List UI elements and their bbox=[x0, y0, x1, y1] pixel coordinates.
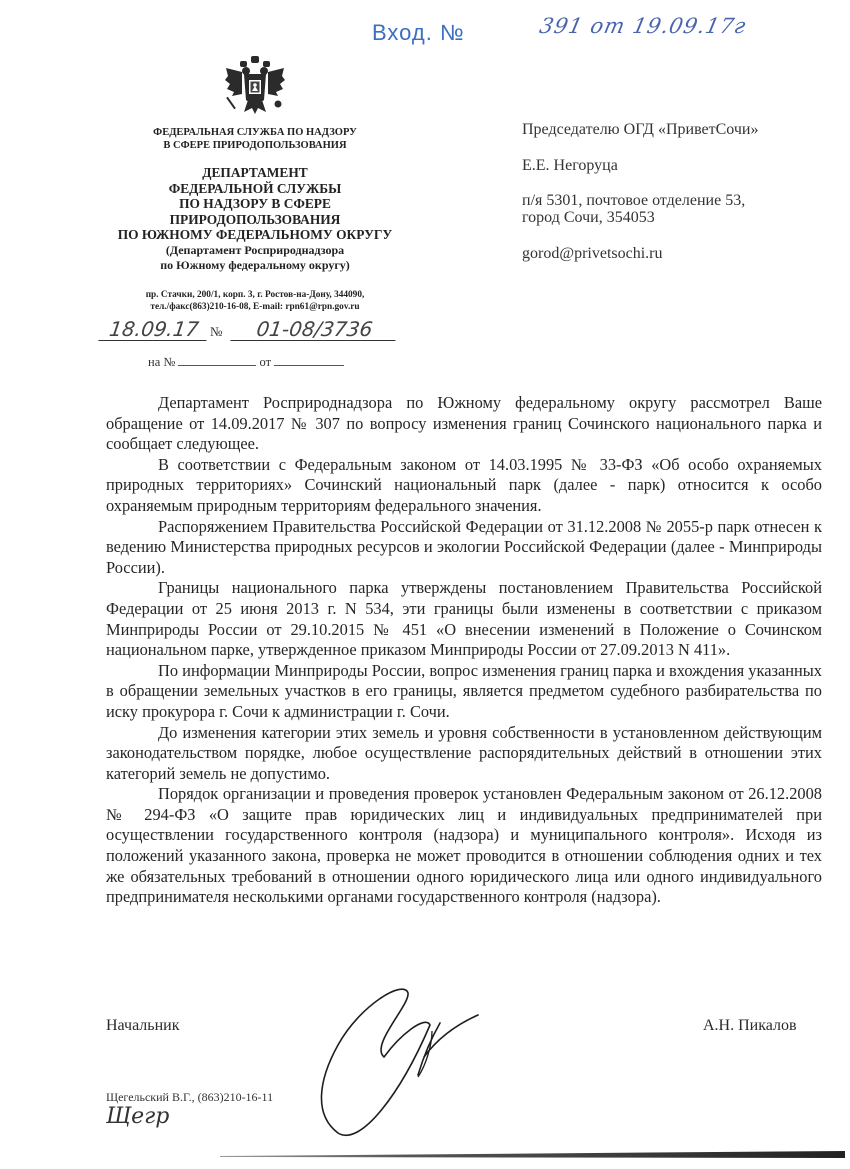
reference-line: на № от bbox=[148, 353, 344, 370]
recipient-address-1: п/я 5301, почтовое отделение 53, bbox=[522, 192, 745, 210]
recipient-name: Е.Е. Негоруца bbox=[522, 157, 618, 175]
ref-date-blank bbox=[274, 353, 344, 366]
dept-line: ДЕПАРТАМЕНТ bbox=[90, 165, 420, 181]
dept-line: ФЕДЕРАЛЬНОЙ СЛУЖБЫ bbox=[90, 181, 420, 197]
dept-line: ПО ЮЖНОМУ ФЕДЕРАЛЬНОМУ ОКРУГУ bbox=[90, 227, 420, 243]
dept-line: ПО НАДЗОРУ В СФЕРЕ bbox=[90, 196, 420, 212]
executor-contact: Щегельский В.Г., (863)210-16-11 bbox=[106, 1090, 273, 1105]
letterhead-department: ДЕПАРТАМЕНТ ФЕДЕРАЛЬНОЙ СЛУЖБЫ ПО НАДЗОР… bbox=[90, 165, 420, 274]
ref-mid: от bbox=[260, 355, 272, 369]
body-paragraph: Порядок организации и проведения проверо… bbox=[106, 784, 822, 908]
registration-no-label: № bbox=[210, 324, 222, 340]
ref-prefix: на № bbox=[148, 355, 175, 369]
registration-date: 18.09.17 bbox=[98, 318, 209, 341]
handwritten-signature-icon bbox=[300, 985, 480, 1145]
signatory-name: А.Н. Пикалов bbox=[703, 1017, 797, 1035]
body-paragraph: В соответствии с Федеральным законом от … bbox=[106, 455, 822, 517]
letterhead-service: ФЕДЕРАЛЬНАЯ СЛУЖБА ПО НАДЗОРУ В СФЕРЕ ПР… bbox=[90, 126, 420, 152]
dept-short-name-2: по Южному федеральному округу) bbox=[90, 258, 420, 274]
body-paragraph: Границы национального парка утверждены п… bbox=[106, 578, 822, 660]
body-paragraph: До изменения категории этих земель и уро… bbox=[106, 723, 822, 785]
recipient-position: Председателю ОГД «ПриветСочи» bbox=[522, 121, 758, 139]
incoming-stamp-handwritten: 391 от 19.09.17г bbox=[537, 14, 748, 38]
outgoing-registration: 18.09.17 № 01-08/3736 bbox=[100, 318, 400, 342]
ref-number-blank bbox=[178, 353, 256, 366]
registration-number: 01-08/3736 bbox=[230, 318, 398, 341]
scan-edge-bar bbox=[220, 1145, 845, 1152]
incoming-stamp-label: Вход. № bbox=[372, 20, 465, 46]
executor-initials: Щегр bbox=[106, 1104, 169, 1129]
recipient-email: gorod@privetsochi.ru bbox=[522, 245, 662, 263]
coat-of-arms-icon bbox=[222, 54, 288, 120]
dept-line: ПРИРОДОПОЛЬЗОВАНИЯ bbox=[90, 212, 420, 228]
service-line-2: В СФЕРЕ ПРИРОДОПОЛЬЗОВАНИЯ bbox=[90, 139, 420, 152]
address-line-2: тел./факс(863)210-16-08, E-mail: rpn61@r… bbox=[90, 301, 420, 313]
letterhead-address: пр. Стачки, 200/1, корп. 3, г. Ростов-на… bbox=[90, 289, 420, 313]
recipient-address-2: город Сочи, 354053 bbox=[522, 209, 655, 227]
signatory-title: Начальник bbox=[106, 1017, 179, 1035]
address-line-1: пр. Стачки, 200/1, корп. 3, г. Ростов-на… bbox=[90, 289, 420, 301]
service-line-1: ФЕДЕРАЛЬНАЯ СЛУЖБА ПО НАДЗОРУ bbox=[90, 126, 420, 139]
body-paragraph: По информации Минприроды России, вопрос … bbox=[106, 661, 822, 723]
letter-body: Департамент Росприроднадзора по Южному ф… bbox=[106, 393, 822, 908]
body-paragraph: Распоряжением Правительства Российской Ф… bbox=[106, 517, 822, 579]
body-paragraph: Департамент Росприроднадзора по Южному ф… bbox=[106, 393, 822, 455]
dept-short-name-1: (Департамент Росприроднадзора bbox=[90, 243, 420, 259]
